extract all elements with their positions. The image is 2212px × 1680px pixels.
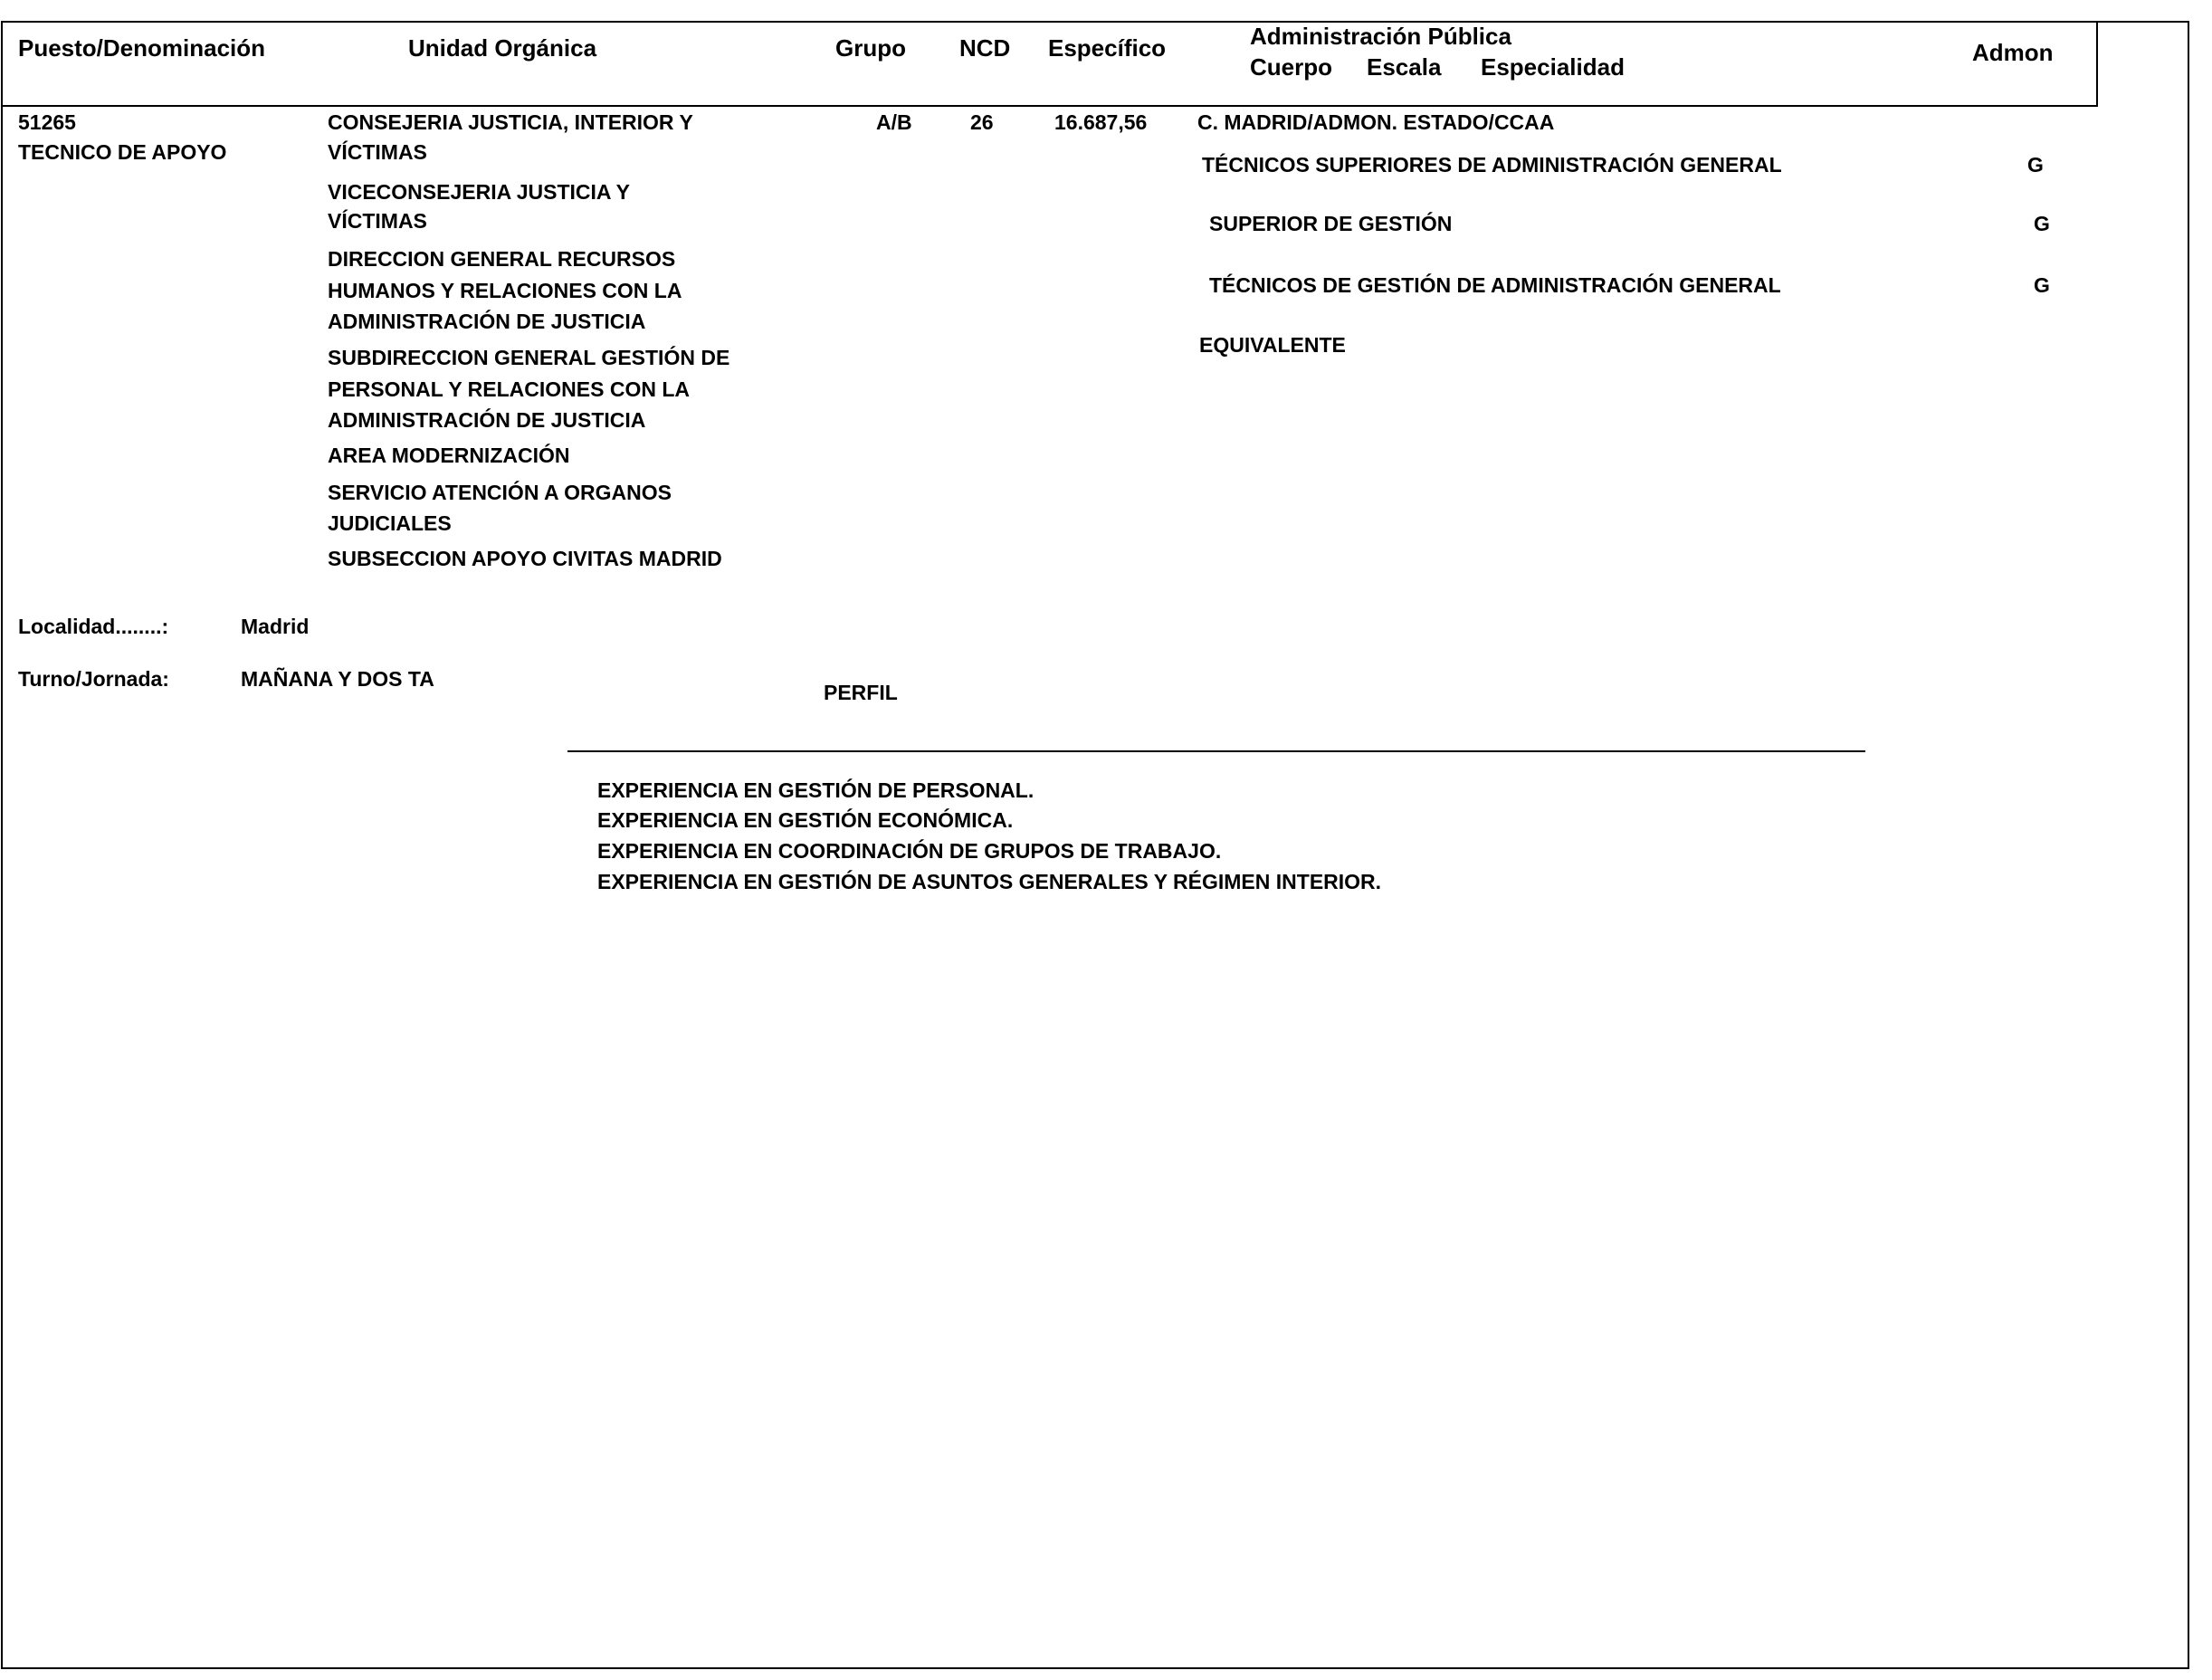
cuerpo-admon: G	[2027, 155, 2044, 176]
unidad-line: VICECONSEJERIA JUSTICIA Y	[328, 182, 630, 203]
localidad-value: Madrid	[241, 616, 309, 637]
header-escala: Escala	[1367, 55, 1441, 79]
perfil-divider	[567, 750, 1865, 752]
perfil-title: PERFIL	[824, 682, 898, 703]
perfil-item: EXPERIENCIA EN GESTIÓN DE ASUNTOS GENERA…	[597, 872, 1381, 892]
cuerpo-admon: G	[2034, 275, 2050, 296]
cuerpo-name: SUPERIOR DE GESTIÓN	[1209, 214, 1452, 234]
header-especifico: Específico	[1048, 36, 1166, 60]
puesto-number: 51265	[18, 112, 76, 133]
unidad-line: SERVICIO ATENCIÓN A ORGANOS	[328, 482, 672, 503]
header-puesto-denominacion: Puesto/Denominación	[18, 36, 265, 60]
unidad-line: AREA MODERNIZACIÓN	[328, 445, 569, 466]
turno-value: MAÑANA Y DOS TA	[241, 669, 434, 690]
administracion-publica-value: C. MADRID/ADMON. ESTADO/CCAA	[1197, 112, 1554, 133]
localidad-label: Localidad........:	[18, 616, 168, 637]
unidad-line: ADMINISTRACIÓN DE JUSTICIA	[328, 410, 645, 431]
denominacion: TECNICO DE APOYO	[18, 142, 226, 163]
header-cuerpo: Cuerpo	[1250, 55, 1332, 79]
unidad-line: VÍCTIMAS	[328, 211, 427, 232]
equivalente-label: EQUIVALENTE	[1199, 335, 1346, 356]
header-ncd: NCD	[959, 36, 1010, 60]
perfil-item: EXPERIENCIA EN COORDINACIÓN DE GRUPOS DE…	[597, 841, 1221, 862]
header-especialidad: Especialidad	[1481, 55, 1625, 79]
ncd-value: 26	[970, 112, 994, 133]
unidad-line: DIRECCION GENERAL RECURSOS	[328, 249, 675, 270]
unidad-line: PERSONAL Y RELACIONES CON LA	[328, 379, 690, 400]
perfil-item: EXPERIENCIA EN GESTIÓN ECONÓMICA.	[597, 810, 1013, 831]
header-administracion-publica: Administración Pública	[1250, 24, 1511, 48]
header-admon: Admon	[1972, 41, 2054, 64]
unidad-line: SUBDIRECCION GENERAL GESTIÓN DE	[328, 348, 729, 368]
especifico-value: 16.687,56	[1054, 112, 1147, 133]
cuerpo-name: TÉCNICOS DE GESTIÓN DE ADMINISTRACIÓN GE…	[1209, 275, 1781, 296]
unidad-line: JUDICIALES	[328, 513, 452, 534]
unidad-line: CONSEJERIA JUSTICIA, INTERIOR Y	[328, 112, 693, 133]
header-unidad-organica: Unidad Orgánica	[408, 36, 596, 60]
header-grupo: Grupo	[835, 36, 906, 60]
unidad-line: HUMANOS Y RELACIONES CON LA	[328, 281, 682, 301]
unidad-line: VÍCTIMAS	[328, 142, 427, 163]
perfil-item: EXPERIENCIA EN GESTIÓN DE PERSONAL.	[597, 780, 1034, 801]
cuerpo-name: TÉCNICOS SUPERIORES DE ADMINISTRACIÓN GE…	[1202, 155, 1782, 176]
turno-label: Turno/Jornada:	[18, 669, 169, 690]
grupo-value: A/B	[876, 112, 912, 133]
unidad-line: SUBSECCION APOYO CIVITAS MADRID	[328, 549, 722, 569]
unidad-line: ADMINISTRACIÓN DE JUSTICIA	[328, 311, 645, 332]
cuerpo-admon: G	[2034, 214, 2050, 234]
